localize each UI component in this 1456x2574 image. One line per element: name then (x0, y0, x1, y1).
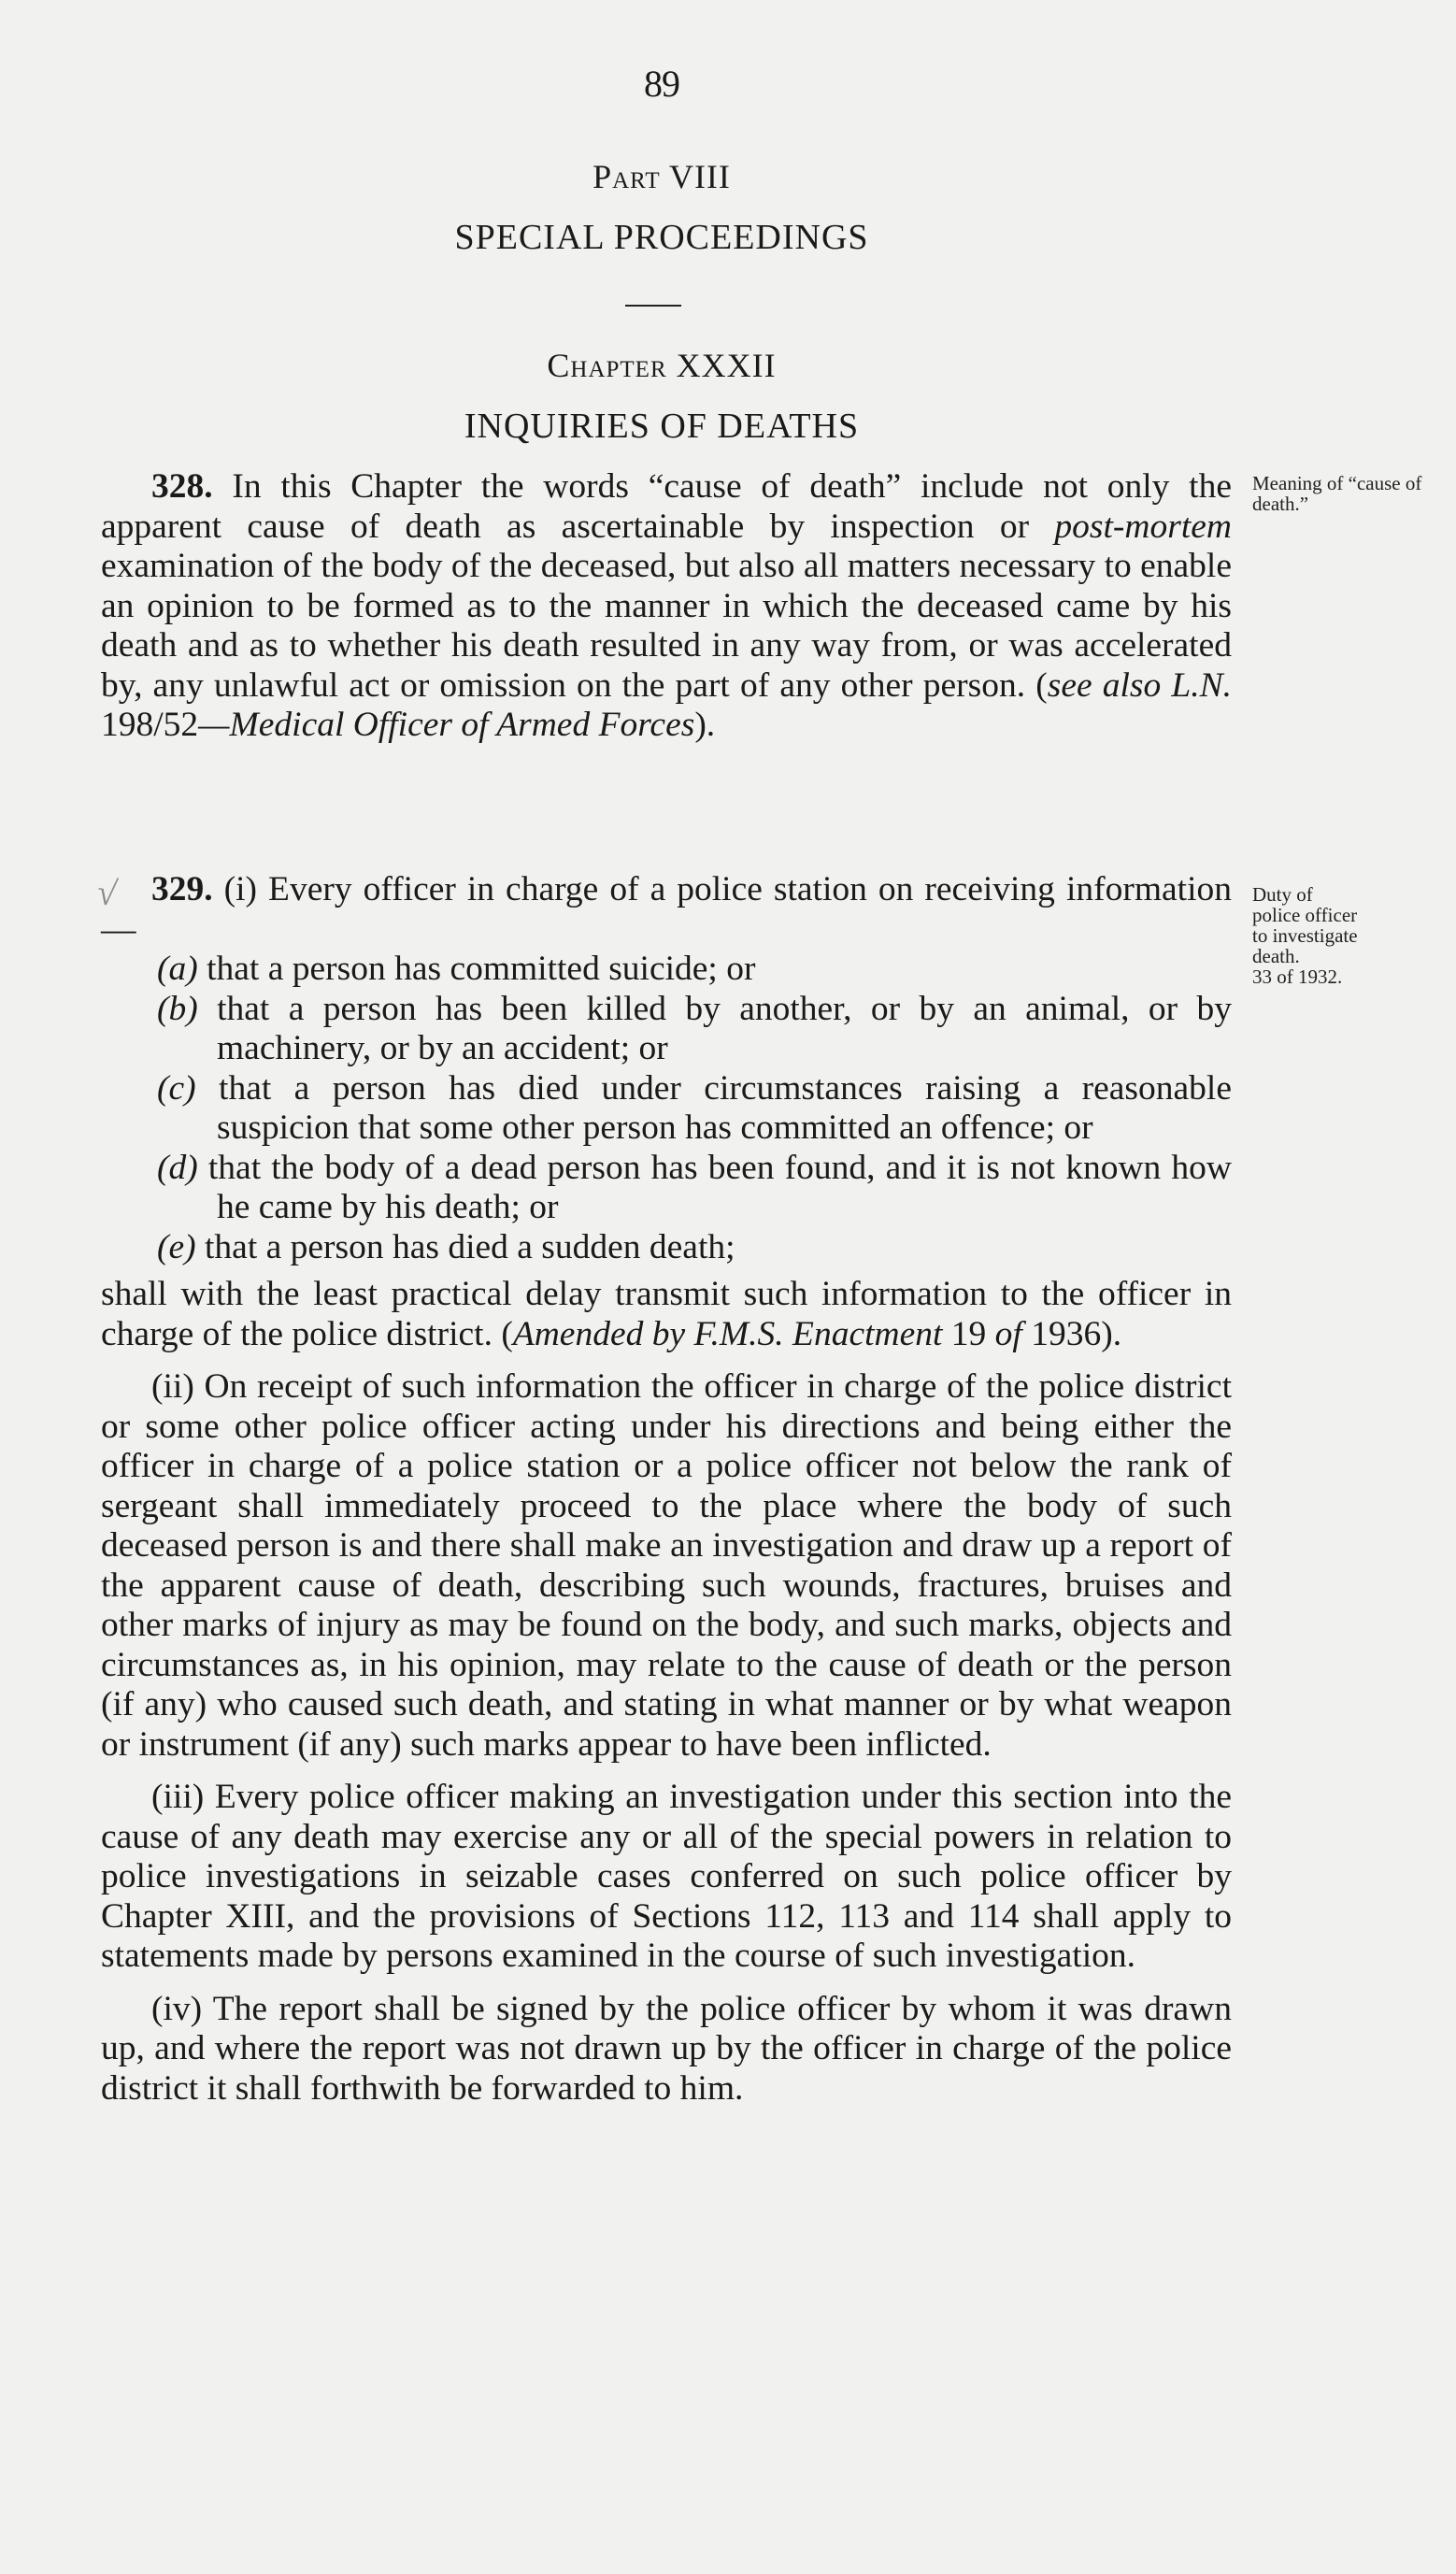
item-text: that a person has been killed by another… (198, 990, 1232, 1068)
amendment-end: 1936). (1022, 1315, 1121, 1353)
margin-note-line: to investigate (1252, 925, 1439, 946)
section-328: 328. In this Chapter the words “cause of… (101, 467, 1232, 746)
margin-note-328: Meaning of “cause of death.” (1252, 473, 1439, 514)
subsection-iv: (iv) The report shall be signed by the p… (101, 1990, 1232, 2109)
circumstance-list: (a) that a person has committed suicide;… (101, 950, 1232, 1267)
amendment-italic: Amended by F.M.S. Enactment (513, 1315, 943, 1353)
page-number: 89 (0, 62, 1323, 106)
italic-term: post-mortem (1054, 508, 1232, 546)
item-text: that the body of a dead person has been … (198, 1149, 1232, 1227)
reference-number: 198/52 (101, 706, 198, 744)
amendment-number: 19 (942, 1315, 994, 1353)
section-328-paragraph: 328. In this Chapter the words “cause of… (101, 467, 1232, 746)
reference-italic: see also L.N. (1048, 666, 1232, 705)
margin-note-line: police officer (1252, 905, 1439, 925)
list-item: (d) that the body of a dead person has b… (101, 1149, 1232, 1228)
amendment-italic: of (995, 1315, 1022, 1353)
reference-end: ). (694, 706, 715, 744)
subsection-iii: (iii) Every police officer making an inv… (101, 1778, 1232, 1977)
item-text: that a person has committed suicide; or (198, 950, 756, 988)
margin-note-line: Duty of (1252, 884, 1439, 905)
list-item: (c) that a person has died under circums… (101, 1069, 1232, 1149)
list-item: (a) that a person has committed suicide;… (101, 950, 1232, 990)
section-number: 328. (151, 467, 213, 506)
reference-italic: —Medical Officer of Armed Forces (198, 706, 694, 744)
divider-rule (625, 305, 681, 307)
item-label: (a) (157, 950, 198, 988)
part-heading: Part VIII (0, 157, 1323, 196)
margin-note-329: Duty of police officer to investigate de… (1252, 884, 1439, 987)
item-label: (d) (157, 1149, 198, 1187)
section-329-closing: shall with the least practical delay tra… (101, 1275, 1232, 1354)
list-item: (e) that a person has died a sudden deat… (101, 1228, 1232, 1268)
chapter-title: INQUIRIES OF DEATHS (0, 406, 1323, 447)
item-label: (c) (157, 1069, 196, 1108)
chapter-heading: Chapter XXXII (0, 346, 1323, 385)
item-label: (b) (157, 990, 198, 1028)
section-number: 329. (151, 870, 213, 908)
section-329: 329. (i) Every officer in charge of a po… (101, 870, 1232, 2109)
list-item: (b) that a person has been killed by ano… (101, 990, 1232, 1069)
part-title: SPECIAL PROCEEDINGS (0, 217, 1323, 258)
section-329-intro: 329. (i) Every officer in charge of a po… (101, 870, 1232, 950)
item-label: (e) (157, 1228, 196, 1266)
subsection-ii: (ii) On receipt of such information the … (101, 1367, 1232, 1765)
item-text: that a person has died under circumstanc… (196, 1069, 1232, 1148)
margin-note-line: death. (1252, 946, 1439, 966)
section-text: (i) Every officer in charge of a police … (101, 870, 1232, 949)
item-text: that a person has died a sudden death; (196, 1228, 735, 1266)
margin-note-line: 33 of 1932. (1252, 966, 1439, 987)
